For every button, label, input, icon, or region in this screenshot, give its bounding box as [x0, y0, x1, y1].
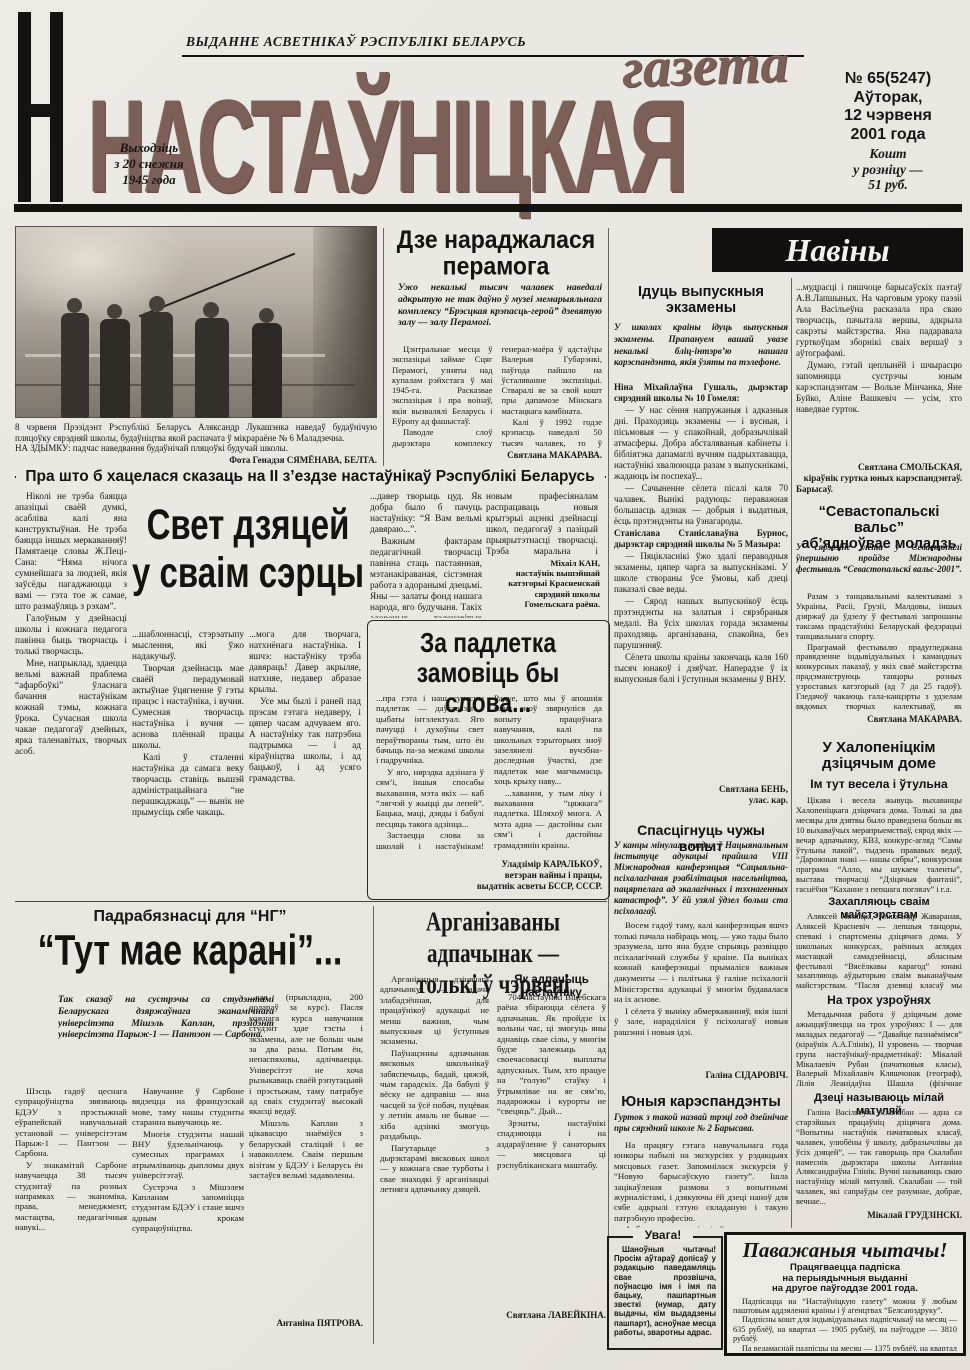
- padletak-body: ...пра гэта і наш сучасны падлетак — даў…: [376, 693, 602, 857]
- matulia-byline: Мікалай ГРУДЗІНСКІ.: [796, 1210, 962, 1221]
- issue-block: № 65(5247) Аўторак, 12 чэрвеня 2001 года: [818, 70, 958, 144]
- exams-body: Ніна Міхайлаўна Гушаль, дырэктар сярэдня…: [614, 382, 788, 780]
- karani-col1: Шэсць гадоў цеснага супрацоўніцтва звязв…: [15, 1086, 127, 1342]
- karani-col3: ...кая (прыкладна, 200 долараў за курс).…: [249, 992, 363, 1312]
- founded-line: Выходзіць з 20 снежня 1945 года: [96, 140, 202, 188]
- newspaper-page: ВЫДАННЕ АСВЕТНІКАЎ РЭСПУБЛІКІ БЕЛАРУСЬ Н…: [0, 0, 970, 1370]
- uvaga-box: Увага! Шаноўныя чытачы! Просім аўтараў д…: [607, 1236, 723, 1350]
- exams-byline: Святлана БЕНЬ, улас. кар.: [614, 784, 788, 806]
- victory-byline: Святлана МАКАРАВА.: [462, 450, 602, 461]
- masthead-script: газета: [621, 35, 789, 97]
- banner-text: Пра што б хацелася сказаць на ІІ з’ездзе…: [25, 468, 594, 485]
- price-block: Кошт у розніцу — 51 руб.: [822, 146, 954, 193]
- masthead-decoration: [18, 12, 64, 202]
- exams-heading: Ідуць выпускныя экзамены: [614, 284, 788, 316]
- svet-col-a: Ніколі не трэба баяцца апазіцыі сваёй ду…: [15, 492, 127, 890]
- sevastopol-lead: У сярэдзіне лета ў Севастопалі ўпершыню …: [796, 542, 962, 590]
- exams-lead: У школах краіны ідуць выпускныя экзамены…: [614, 322, 788, 378]
- svet-col-c: ...мога для творчага, натхнёнага настаўн…: [249, 630, 361, 888]
- photo-caption: 8 чэрвеня Прэзідэнт Рэспублікі Беларусь …: [15, 422, 377, 465]
- adpachynak-col-right: 704 настаўнікі Віцебскага раёна збіраюцц…: [497, 992, 606, 1304]
- levels-body: Метадычная работа ў дзіцячым доме ажыцця…: [796, 1010, 962, 1088]
- subscribe-body: Падпісацца на “Настаўніцкую газету” можн…: [727, 1295, 963, 1351]
- junkory-body: На працягу гэтага навучальнага года юнко…: [614, 1140, 788, 1228]
- divider: [383, 228, 384, 466]
- section-rule: [15, 901, 607, 902]
- home-body: Цікава і весела жывуць выхаванцы Халопен…: [796, 796, 962, 892]
- karani-headline: “Тут мае карані”...: [15, 928, 365, 973]
- subscribe-title: Паважаныя чытачы!: [727, 1239, 963, 1261]
- matulia-body: Галіна Васільеўна Скалабан — адна са ста…: [796, 1108, 962, 1208]
- adpachynak-byline: Святлана ЛАВЕЙКІНА.: [497, 1310, 606, 1321]
- photo-credit: Фота Генадзя СЯМЁНАВА, БЕЛТА.: [15, 455, 377, 466]
- levels-heading: На трох узроўнях: [796, 994, 962, 1007]
- sevastopol-body: Разам з танцавальнымі калектывамі з Укра…: [796, 592, 962, 712]
- divider: [373, 906, 374, 1344]
- photo-structure: [313, 226, 377, 418]
- caption-text-2: НА ЗДЫМКУ: падчас наведвання будаўнічай …: [15, 443, 377, 454]
- karani-lead: Так сказаў на сустрэчы са студэнтамі Бел…: [58, 994, 274, 1074]
- subscribe-subtitle: Працягваецца падпіска на перыядычныя выд…: [727, 1263, 963, 1295]
- vopyt-lead: У канцы мінулага тыдня ў Нацыянальным ін…: [614, 840, 788, 916]
- victory-body: Цэнтральнае месца ў экспазіцыі займае Сц…: [392, 344, 602, 450]
- svet-col-d: ...давер творыць цуд. Як добра было б па…: [370, 492, 482, 618]
- victory-lead: Ужо некалькі тысяч чалавек наведалі адкр…: [398, 282, 602, 340]
- uvaga-title: Увага!: [633, 1229, 693, 1242]
- junkory-lead: Гурток з такой назвай трэці год дзейніча…: [614, 1112, 788, 1138]
- adpachynak-col-left: Арганізацыя дзіцячага адпачынку — задача…: [380, 974, 489, 1332]
- sevastopol-byline: Святлана МАКАРАВА.: [796, 714, 962, 725]
- subscribe-box: Паважаныя чытачы! Працягваецца падпіска …: [724, 1232, 966, 1356]
- divider: [791, 278, 792, 1228]
- mastery-body: Аляксей Ліпніцкі, Аляксандр Жаваранак, А…: [796, 912, 962, 990]
- news-photo: [15, 226, 377, 418]
- congress-banner: Пра што б хацелася сказаць на ІІ з’ездзе…: [15, 468, 605, 485]
- home-heading: У Халопеніцкім дзіцячым доме: [796, 740, 962, 772]
- svet-col-e: новым прафесіяналам распрацаваць новыя к…: [486, 492, 598, 556]
- vopyt-byline: Галіна СІДАРОВІЧ.: [614, 1070, 788, 1081]
- padletak-box: За падлетка замовіць бы слова... ...пра …: [367, 620, 610, 900]
- caption-text: 8 чэрвеня Прэзідэнт Рэспублікі Беларусь …: [15, 422, 377, 443]
- karani-kicker: Падрабязнасці для “НГ”: [15, 908, 365, 926]
- svet-byline: Міхаіл КАН, настаўнік вышэйшай катэгорыі…: [486, 558, 600, 609]
- padletak-byline: Уладзімір КАРАЛЬКОЎ, ветэран вайны і пра…: [376, 859, 602, 892]
- svet-col-b: ...шаблоннасці, стэрэатыпу мыслення, які…: [132, 630, 244, 888]
- naviny-box: Навіны: [712, 228, 963, 272]
- masthead-rule: [14, 204, 962, 212]
- svet-headline: Свет дзяцей у сваім сэрцы: [130, 500, 366, 596]
- vopyt-body: Восем гадоў таму, калі канферэнцыя яшчэ …: [614, 920, 788, 1068]
- home-subhead: Ім тут весела і ўтульна: [796, 778, 962, 791]
- uvaga-body: Шаноўныя чытачы! Просім аўтараў допісаў …: [609, 1238, 721, 1345]
- smol-body: ...мудрасці і пяшчоце барысаўскіх паэтаў…: [796, 282, 962, 460]
- victory-headline: Дзе нараджалася перамога: [390, 226, 602, 279]
- naviny-title: Навіны: [785, 234, 889, 266]
- karani-col2: Навучанне ў Сарбоне вядзецца на французс…: [132, 1086, 244, 1342]
- smol-byline: Святлана СМОЛЬСКАЯ, кіраўнік гуртка юных…: [796, 462, 962, 495]
- karani-byline: Антаніна ПЯТРОВА.: [249, 1318, 363, 1329]
- junkory-heading: Юныя карэспандэнты: [614, 1094, 788, 1110]
